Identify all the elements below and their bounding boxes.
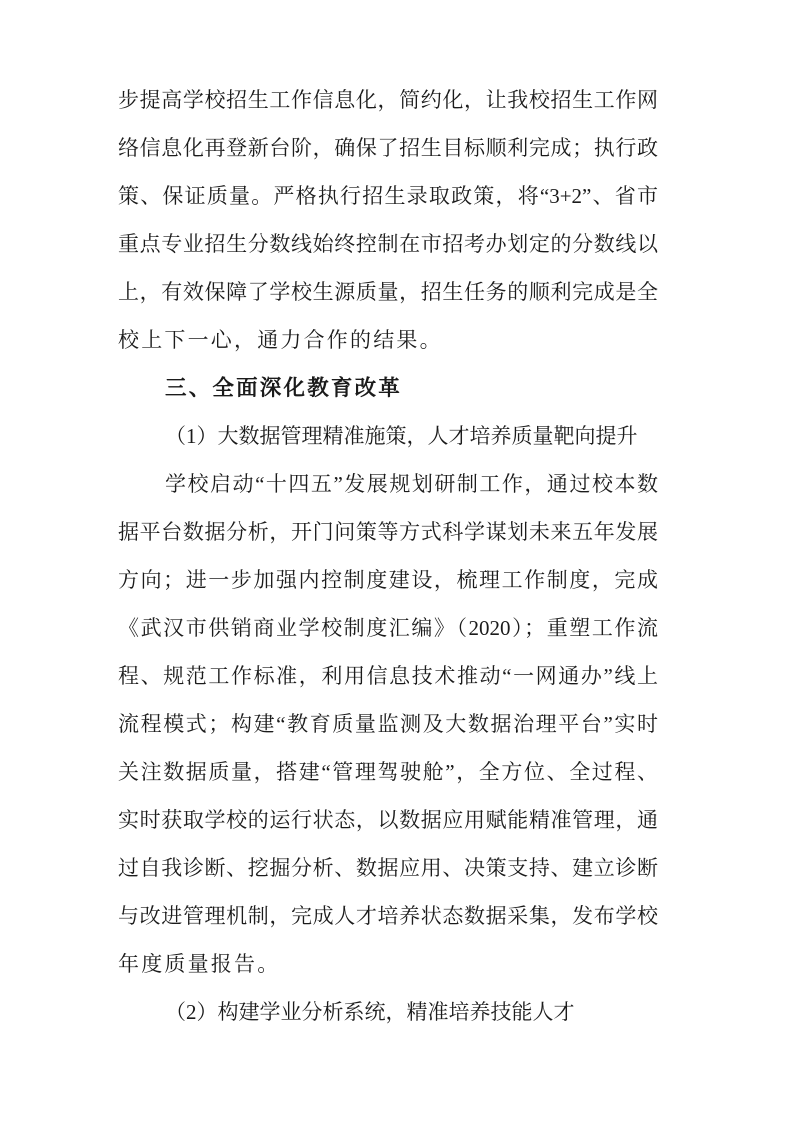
subsection-heading: （2）构建学业分析系统，精准培养技能人才 <box>118 988 658 1036</box>
section-heading: 三、全面深化教育改革 <box>118 364 658 412</box>
text-line: 程、规范工作标准，利用信息技术推动“一网通办”线上 <box>118 652 658 700</box>
text-line: 重点专业招生分数线始终控制在市招考办划定的分数线以 <box>118 220 658 268</box>
text-line: 关注数据质量，搭建“管理驾驶舱”，全方位、全过程、 <box>118 748 658 796</box>
text-line: 方向；进一步加强内控制度建设，梳理工作制度，完成 <box>118 556 658 604</box>
document-text-block: 步提高学校招生工作信息化，简约化，让我校招生工作网 络信息化再登新台阶，确保了招… <box>118 76 658 1036</box>
text-line: 年度质量报告。 <box>118 940 658 988</box>
text-line: 过自我诊断、挖掘分析、数据应用、决策支持、建立诊断 <box>118 844 658 892</box>
text-line: 《武汉市供销商业学校制度汇编》（2020）；重塑工作流 <box>118 604 658 652</box>
text-line: 据平台数据分析，开门问策等方式科学谋划未来五年发展 <box>118 508 658 556</box>
text-line: 步提高学校招生工作信息化，简约化，让我校招生工作网 <box>118 76 658 124</box>
text-line: 络信息化再登新台阶，确保了招生目标顺利完成；执行政 <box>118 124 658 172</box>
document-page: 步提高学校招生工作信息化，简约化，让我校招生工作网 络信息化再登新台阶，确保了招… <box>0 0 800 1132</box>
text-line: 学校启动“十四五”发展规划研制工作，通过校本数 <box>118 460 658 508</box>
text-line: 与改进管理机制，完成人才培养状态数据采集，发布学校 <box>118 892 658 940</box>
text-line: 实时获取学校的运行状态，以数据应用赋能精准管理，通 <box>118 796 658 844</box>
subsection-heading: （1）大数据管理精准施策，人才培养质量靶向提升 <box>118 412 658 460</box>
text-line: 流程模式；构建“教育质量监测及大数据治理平台”实时 <box>118 700 658 748</box>
text-line: 策、保证质量。严格执行招生录取政策，将“3+2”、省市 <box>118 172 658 220</box>
text-line: 校上下一心，通力合作的结果。 <box>118 316 658 364</box>
text-line: 上，有效保障了学校生源质量，招生任务的顺利完成是全 <box>118 268 658 316</box>
